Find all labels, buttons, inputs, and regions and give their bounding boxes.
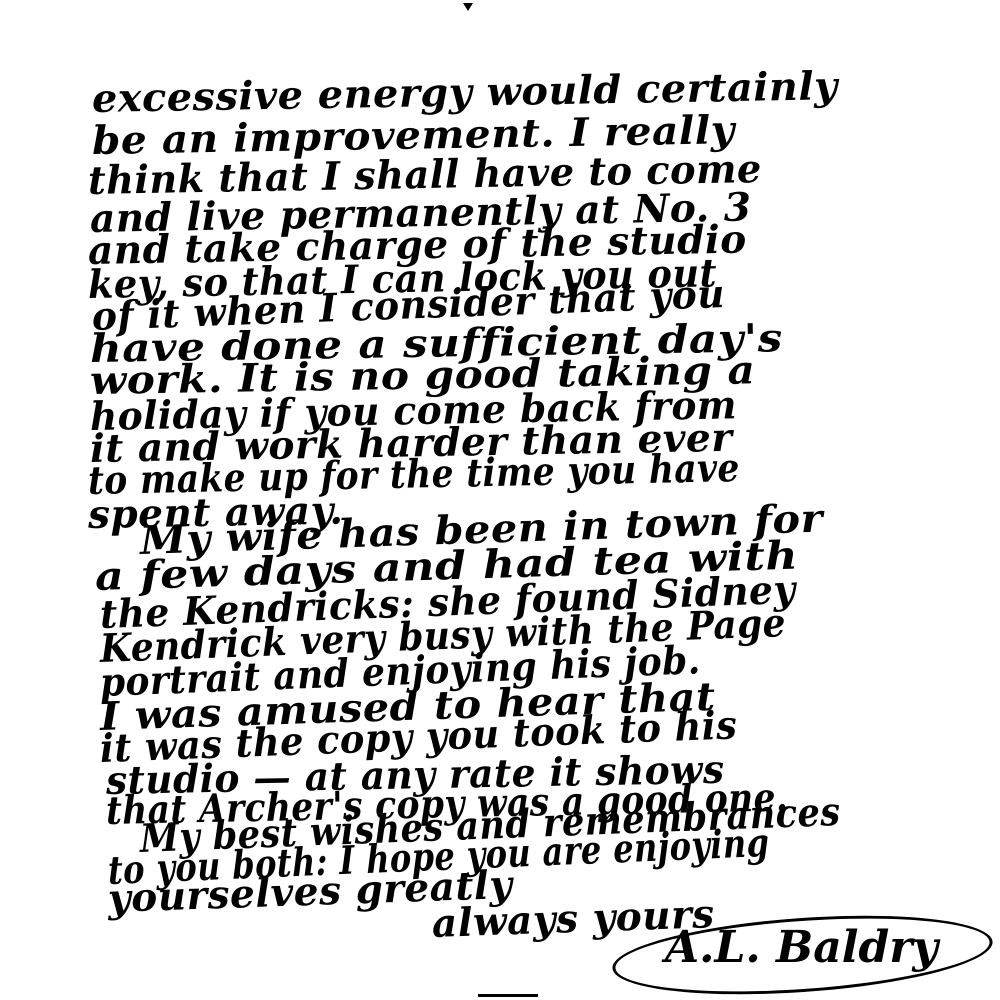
signature: A.L. Baldry	[665, 922, 938, 973]
letter-page: excessive energy would certainly be an i…	[0, 0, 1000, 1000]
scan-mark	[478, 994, 538, 997]
scan-mark	[463, 3, 473, 11]
